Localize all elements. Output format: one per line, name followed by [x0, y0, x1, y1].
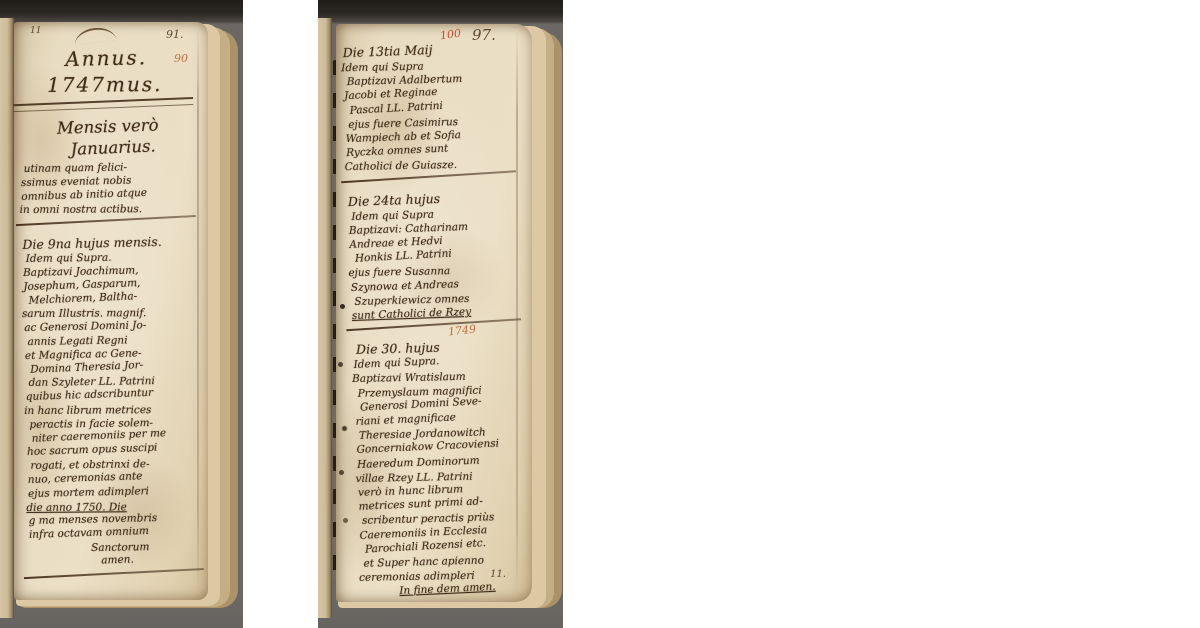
- manuscript-line: sarum Illustris. magnif.: [22, 307, 198, 322]
- manuscript-line: Idem qui Supra.: [26, 251, 202, 267]
- manuscript-line: annis Legati Regni: [28, 333, 204, 349]
- manuscript-page-left: 11 91. 90 Annus.1747mus.Mensis veròJanua…: [14, 22, 208, 600]
- manuscript-line: Die 13tia Maij: [342, 35, 515, 61]
- page-number-ink: 91.: [166, 28, 184, 41]
- backdrop-top-shadow: [0, 0, 243, 24]
- entry-divider-line: [13, 97, 193, 112]
- manuscript-text-right: Die 13tia MaijIdem qui SupraBaptizavi Ad…: [342, 35, 533, 599]
- ink-spots: [340, 304, 345, 309]
- facing-page-edge: [318, 18, 332, 618]
- manuscript-line: 1747mus.: [17, 72, 193, 98]
- backdrop-top-shadow: [318, 0, 563, 24]
- pen-flourish: [73, 25, 117, 45]
- manuscript-line: Die 9na hujus mensis.: [22, 229, 198, 253]
- corner-mark: 11: [30, 26, 41, 36]
- manuscript-text-left: Annus.1747mus.Mensis veròJanuarius.utina…: [18, 44, 206, 585]
- manuscript-line: Annus.: [18, 44, 195, 73]
- manuscript-line: die anno 1750. Die: [26, 500, 202, 515]
- facing-page-edge: [0, 18, 14, 618]
- photo-right-page: 100 97. 1749 11. Die 13tia MaijIdem qui …: [318, 0, 563, 628]
- photo-left-page: 11 91. 90 Annus.1747mus.Mensis veròJanua…: [0, 0, 243, 628]
- manuscript-line: utinam quam felici-: [24, 160, 200, 176]
- manuscript-page-right: 100 97. 1749 11. Die 13tia MaijIdem qui …: [336, 24, 532, 602]
